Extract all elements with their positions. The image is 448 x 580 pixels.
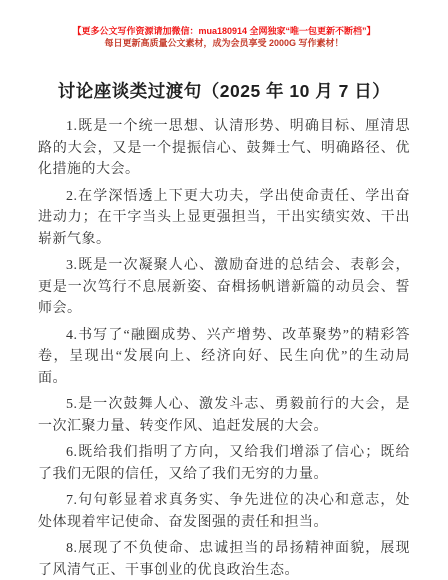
ad-banner: 【更多公文写作资源请加微信：mua180914 全网独家“唯一包更新不断档”】 … [0, 0, 448, 49]
paragraph: 3.既是一次凝聚人心、激励奋进的总结会、表彰会，更是一次笃行不息展新姿、奋楫扬帆… [38, 255, 410, 320]
paragraph: 5.是一次鼓舞人心、激发斗志、勇毅前行的大会，是一次汇聚力量、转变作风、追赶发展… [38, 394, 410, 437]
document-page: 【更多公文写作资源请加微信：mua180914 全网独家“唯一包更新不断档”】 … [0, 0, 448, 580]
ad-banner-line-2: 每日更新高质量公文素材，成为会员享受 2000G 写作素材！ [0, 37, 448, 49]
paragraph: 2.在学深悟透上下更大功夫，学出使命责任、学出奋进动力；在干字当头上显更强担当，… [38, 186, 410, 251]
document-body: 1.既是一个统一思想、认清形势、明确目标、厘清思路的大会，又是一个提振信心、鼓舞… [0, 116, 448, 580]
paragraph: 4.书写了“融圈成势、兴产增势、改革聚势”的精彩答卷，呈现出“发展向上、经济向好… [38, 325, 410, 390]
ad-banner-line-1: 【更多公文写作资源请加微信：mua180914 全网独家“唯一包更新不断档”】 [0, 25, 448, 37]
paragraph: 7.句句彰显着求真务实、争先进位的决心和意志，处处体现着牢记使命、奋发图强的责任… [38, 490, 410, 533]
document-title: 讨论座谈类过渡句（2025 年 10 月 7 日） [20, 78, 428, 103]
page-number: 1 [0, 544, 448, 555]
paragraph: 1.既是一个统一思想、认清形势、明确目标、厘清思路的大会，又是一个提振信心、鼓舞… [38, 116, 410, 181]
paragraph: 6.既给我们指明了方向，又给我们增添了信心；既给了我们无限的信任，又给了我们无穷… [38, 442, 410, 485]
